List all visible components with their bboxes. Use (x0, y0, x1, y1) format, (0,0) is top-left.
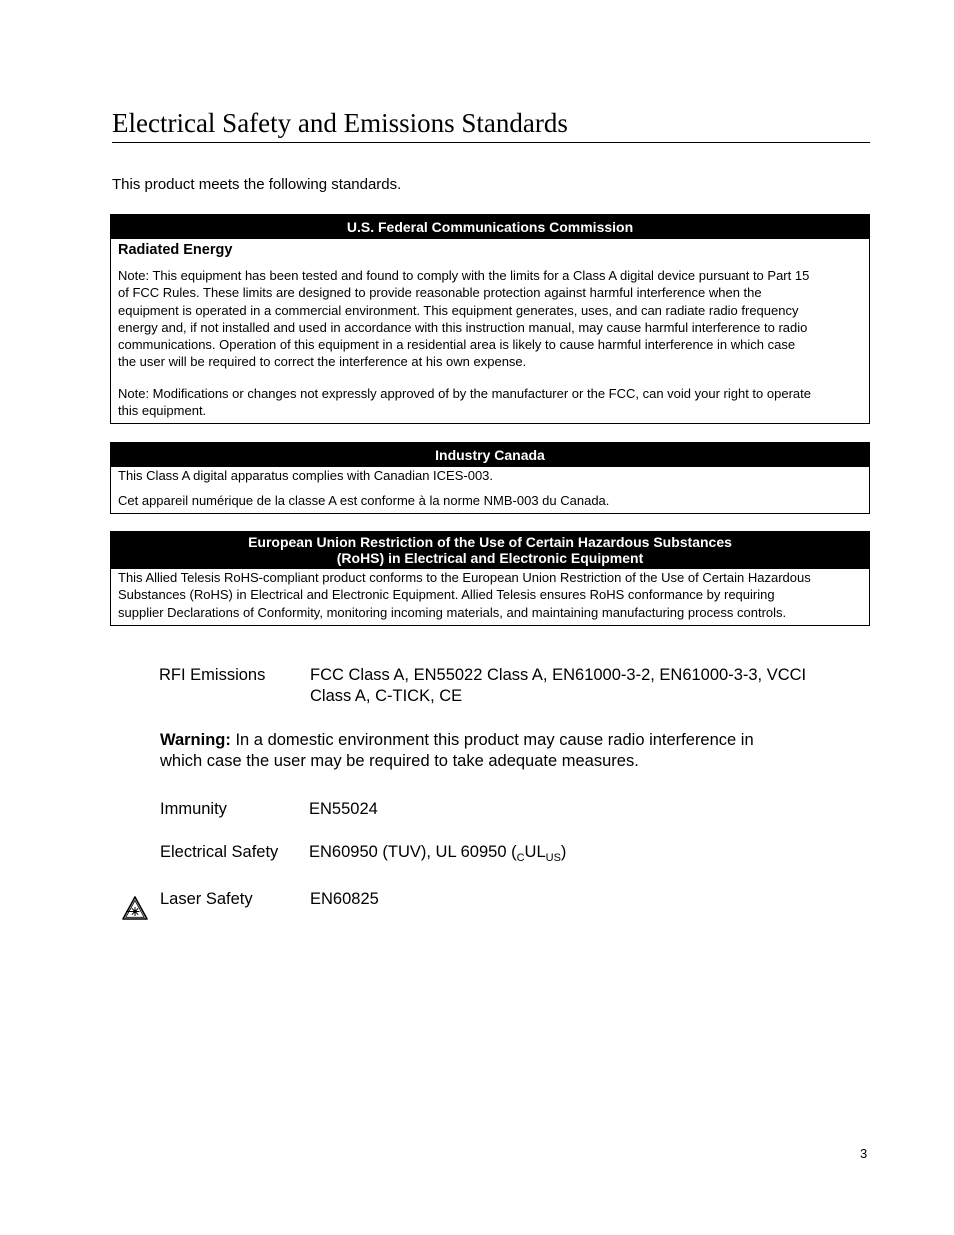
intro-text: This product meets the following standar… (112, 176, 401, 194)
canada-line-french: Cet appareil numérique de la classe A es… (118, 492, 862, 509)
fcc-note-1: Note: This equipment has been tested and… (118, 267, 862, 371)
rfi-value: FCC Class A, EN55022 Class A, EN61000-3-… (310, 665, 806, 707)
laser-safety-value: EN60825 (310, 889, 379, 910)
rohs-body: This Allied Telesis RoHS-compliant produ… (111, 569, 869, 625)
rohs-header: European Union Restriction of the Use of… (111, 532, 869, 569)
canada-line-english: This Class A digital apparatus complies … (118, 467, 862, 484)
page-number: 3 (860, 1146, 867, 1161)
immunity-value: EN55024 (309, 799, 378, 820)
rfi-label: RFI Emissions (159, 665, 265, 686)
page-title: Electrical Safety and Emissions Standard… (112, 104, 870, 143)
rohs-box: European Union Restriction of the Use of… (110, 531, 870, 626)
warning-text: Warning: In a domestic environment this … (160, 730, 840, 772)
canada-header: Industry Canada (111, 443, 869, 467)
electrical-safety-label: Electrical Safety (160, 842, 278, 863)
fcc-header: U.S. Federal Communications Commission (111, 215, 869, 239)
industry-canada-box: Industry Canada This Class A digital app… (110, 442, 870, 514)
fcc-subheading: Radiated Energy (118, 239, 862, 261)
fcc-note-2: Note: Modifications or changes not expre… (118, 385, 862, 420)
fcc-box: U.S. Federal Communications Commission R… (110, 214, 870, 424)
warning-label: Warning: (160, 731, 231, 749)
electrical-safety-value: EN60950 (TUV), UL 60950 (CULUS) (309, 842, 566, 863)
laser-safety-label: Laser Safety (160, 889, 253, 910)
laser-warning-icon (121, 895, 149, 921)
immunity-label: Immunity (160, 799, 227, 820)
